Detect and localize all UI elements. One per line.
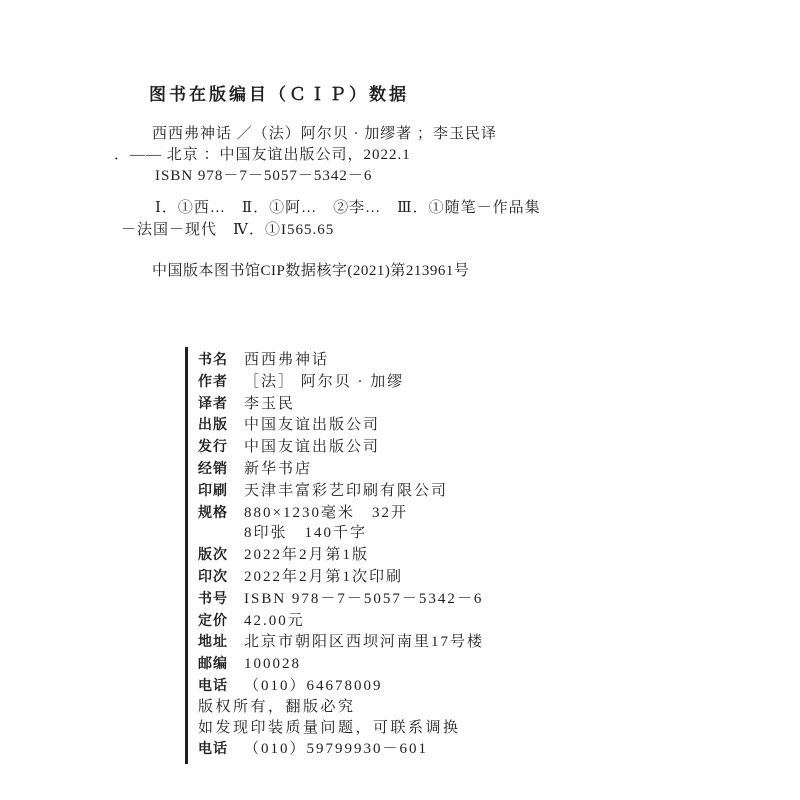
colophon-row-value: 天津丰富彩艺印刷有限公司 [244, 481, 448, 502]
colophon-row-edition: 版次 2022年2月第1版 [198, 544, 484, 566]
colophon-row-value: 李玉民 [244, 394, 295, 415]
colophon-row-address: 地址 北京市朝阳区西坝河南里17号楼 [198, 631, 484, 653]
colophon-row-value: 42.00元 [244, 611, 305, 632]
colophon-row-label: 邮编 [198, 653, 244, 674]
colophon-row-label: 译者 [198, 393, 244, 414]
colophon-row-impression: 印次 2022年2月第1次印刷 [198, 566, 484, 588]
colophon-row-value: 2022年2月第1版 [244, 545, 369, 566]
colophon-row-label: 版次 [198, 544, 244, 565]
colophon-row-translator: 译者 李玉民 [198, 393, 484, 415]
colophon-row-issuer: 发行 中国友谊出版公司 [198, 436, 484, 458]
colophon-row-value: 新华书店 [244, 459, 312, 480]
colophon-note-text: 如发现印装质量问题，可联系调换 [198, 718, 461, 739]
colophon-row-value: 北京市朝阳区西坝河南里17号楼 [244, 632, 484, 653]
colophon-row-label: 书名 [198, 349, 244, 370]
cip-record-line: ．—— 北京 ：中国友谊出版公司，2022.1 [114, 145, 497, 166]
colophon-row-value: 西西弗神话 [244, 350, 329, 371]
colophon-row-value: 100028 [244, 654, 301, 675]
cip-classification-line: Ⅰ．①西… Ⅱ．①阿… ②李… Ⅲ．①随笔－作品集 [121, 198, 541, 220]
cip-classification-line: －法国－现代 Ⅳ．①I565.65 [121, 220, 541, 242]
colophon-row-label: 发行 [198, 436, 244, 457]
cip-isbn-line: ISBN 978－7－5057－5342－6 [114, 166, 497, 187]
colophon-note-text: 版权所有，翻版必究 [198, 697, 356, 718]
colophon-row-format: 规格 880×1230毫米 32开 [198, 502, 484, 524]
colophon-row-isbn: 书号 ISBN 978－7－5057－5342－6 [198, 588, 484, 610]
colophon-row-label: 作者 [198, 371, 244, 392]
colophon-row-label: 书号 [198, 588, 244, 609]
colophon-row-value: （010）64678009 [244, 676, 383, 697]
colophon-row-label: 规格 [198, 502, 244, 523]
colophon-row-title: 书名 西西弗神话 [198, 349, 484, 371]
colophon-row-phone-service: 电话 （010）59799930－601 [198, 738, 484, 760]
colophon-table: 书名 西西弗神话 作者 ［法］ 阿尔贝 · 加缪 译者 李玉民 出版 中国友谊出… [185, 347, 484, 764]
colophon-row-sheets: 8印张 140千字 [198, 523, 484, 544]
colophon-row-value: ［法］ 阿尔贝 · 加缪 [244, 372, 404, 393]
colophon-row-label: 印刷 [198, 480, 244, 501]
colophon-row-phone: 电话 （010）64678009 [198, 675, 484, 697]
colophon-row-value: （010）59799930－601 [244, 739, 428, 760]
cip-heading: 图书在版编目（ＣＩＰ）数据 [149, 80, 409, 105]
colophon-copyright-notice: 版权所有，翻版必究 [198, 697, 484, 718]
colophon-row-label: 定价 [198, 610, 244, 631]
colophon-row-value: 2022年2月第1次印刷 [244, 567, 403, 588]
colophon-row-value: 中国友谊出版公司 [244, 437, 380, 458]
colophon-row-postcode: 邮编 100028 [198, 653, 484, 675]
colophon-row-label: 经销 [198, 458, 244, 479]
colophon-row-price: 定价 42.00元 [198, 610, 484, 632]
colophon-row-printer: 印刷 天津丰富彩艺印刷有限公司 [198, 480, 484, 502]
colophon-row-label: 印次 [198, 566, 244, 587]
cip-classification-block: Ⅰ．①西… Ⅱ．①阿… ②李… Ⅲ．①随笔－作品集 －法国－现代 Ⅳ．①I565… [121, 198, 541, 241]
colophon-row-label: 电话 [198, 675, 244, 696]
cip-registration: 中国版本图书馆CIP数据核字(2021)第213961号 [152, 259, 469, 280]
colophon-quality-notice: 如发现印装质量问题，可联系调换 [198, 718, 484, 739]
colophon-row-value: 中国友谊出版公司 [244, 415, 380, 436]
colophon-row-author: 作者 ［法］ 阿尔贝 · 加缪 [198, 371, 484, 393]
cip-record-block: 西西弗神话 ／（法）阿尔贝 · 加缪著 ；李玉民译 ．—— 北京 ：中国友谊出版… [114, 124, 497, 187]
colophon-row-value: ISBN 978－7－5057－5342－6 [244, 589, 483, 610]
colophon-row-distributor: 经销 新华书店 [198, 458, 484, 480]
cip-record-line: 西西弗神话 ／（法）阿尔贝 · 加缪著 ；李玉民译 [114, 124, 497, 145]
colophon-row-value: 880×1230毫米 32开 [244, 503, 408, 524]
colophon-row-label: 电话 [198, 738, 244, 759]
colophon-row-publisher: 出版 中国友谊出版公司 [198, 414, 484, 436]
copyright-page: 图书在版编目（ＣＩＰ）数据 西西弗神话 ／（法）阿尔贝 · 加缪著 ；李玉民译 … [0, 0, 800, 800]
colophon-row-label: 地址 [198, 631, 244, 652]
colophon-row-label: 出版 [198, 414, 244, 435]
colophon-row-value: 8印张 140千字 [244, 523, 367, 544]
